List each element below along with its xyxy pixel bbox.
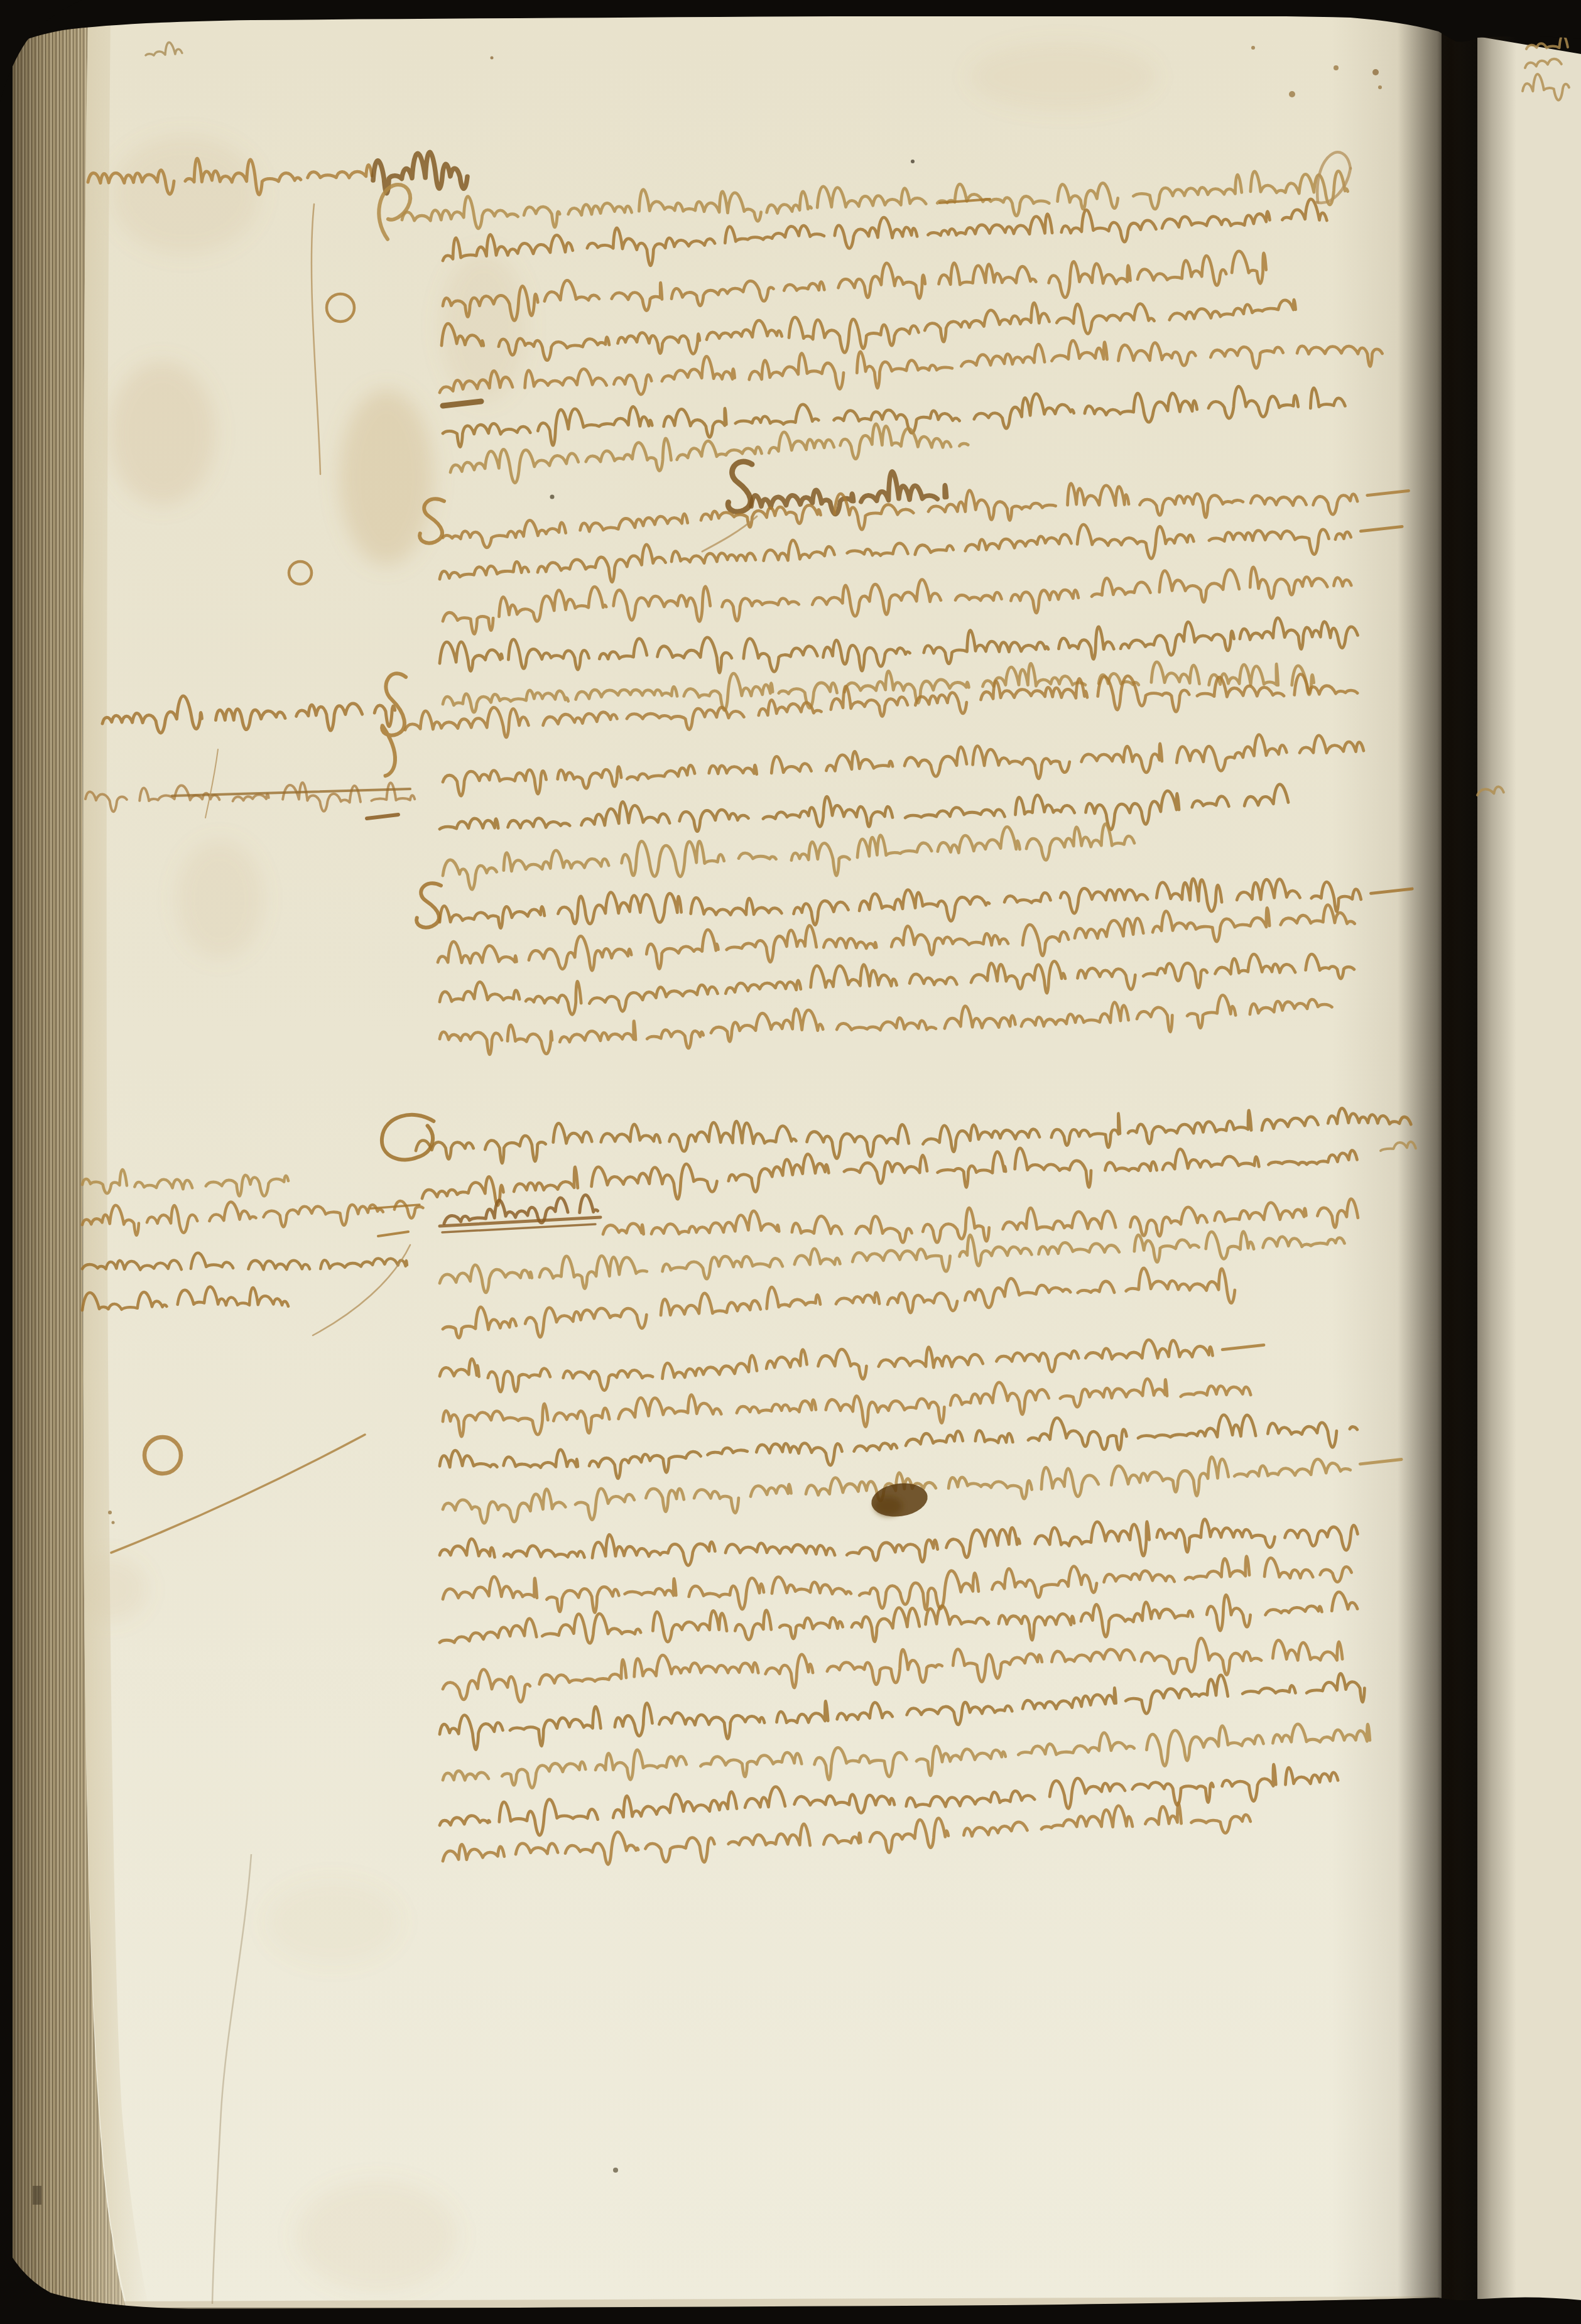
stain-7 — [295, 2180, 459, 2293]
facing-page-sliver — [1477, 36, 1581, 2301]
ink-speck-1 — [550, 495, 555, 499]
ink-speck-8 — [1372, 69, 1379, 75]
ink-speck-6 — [1289, 91, 1295, 97]
stain-4 — [110, 135, 261, 254]
ink-speck-4 — [491, 57, 494, 60]
ink-speck-11 — [112, 1521, 115, 1524]
ink-speck-2 — [911, 160, 915, 163]
stain-5 — [969, 42, 1157, 111]
manuscript-scene: Photograph of a bound 17th-century handw… — [0, 0, 1581, 2324]
ink-speck-3 — [613, 2168, 618, 2173]
ink-blot-halo — [874, 1496, 903, 1516]
stain-9 — [264, 1878, 402, 1966]
manuscript-photo: Photograph of a bound 17th-century handw… — [0, 0, 1581, 2324]
ink-speck-9 — [1378, 85, 1382, 89]
ink-speck-7 — [1334, 65, 1339, 70]
book-gutter — [1398, 16, 1492, 2301]
stack-knot — [33, 2186, 41, 2205]
stain-2 — [109, 361, 215, 506]
stain-3 — [176, 840, 264, 959]
ink-speck-5 — [1251, 46, 1255, 50]
ink-speck-10 — [108, 1511, 112, 1514]
